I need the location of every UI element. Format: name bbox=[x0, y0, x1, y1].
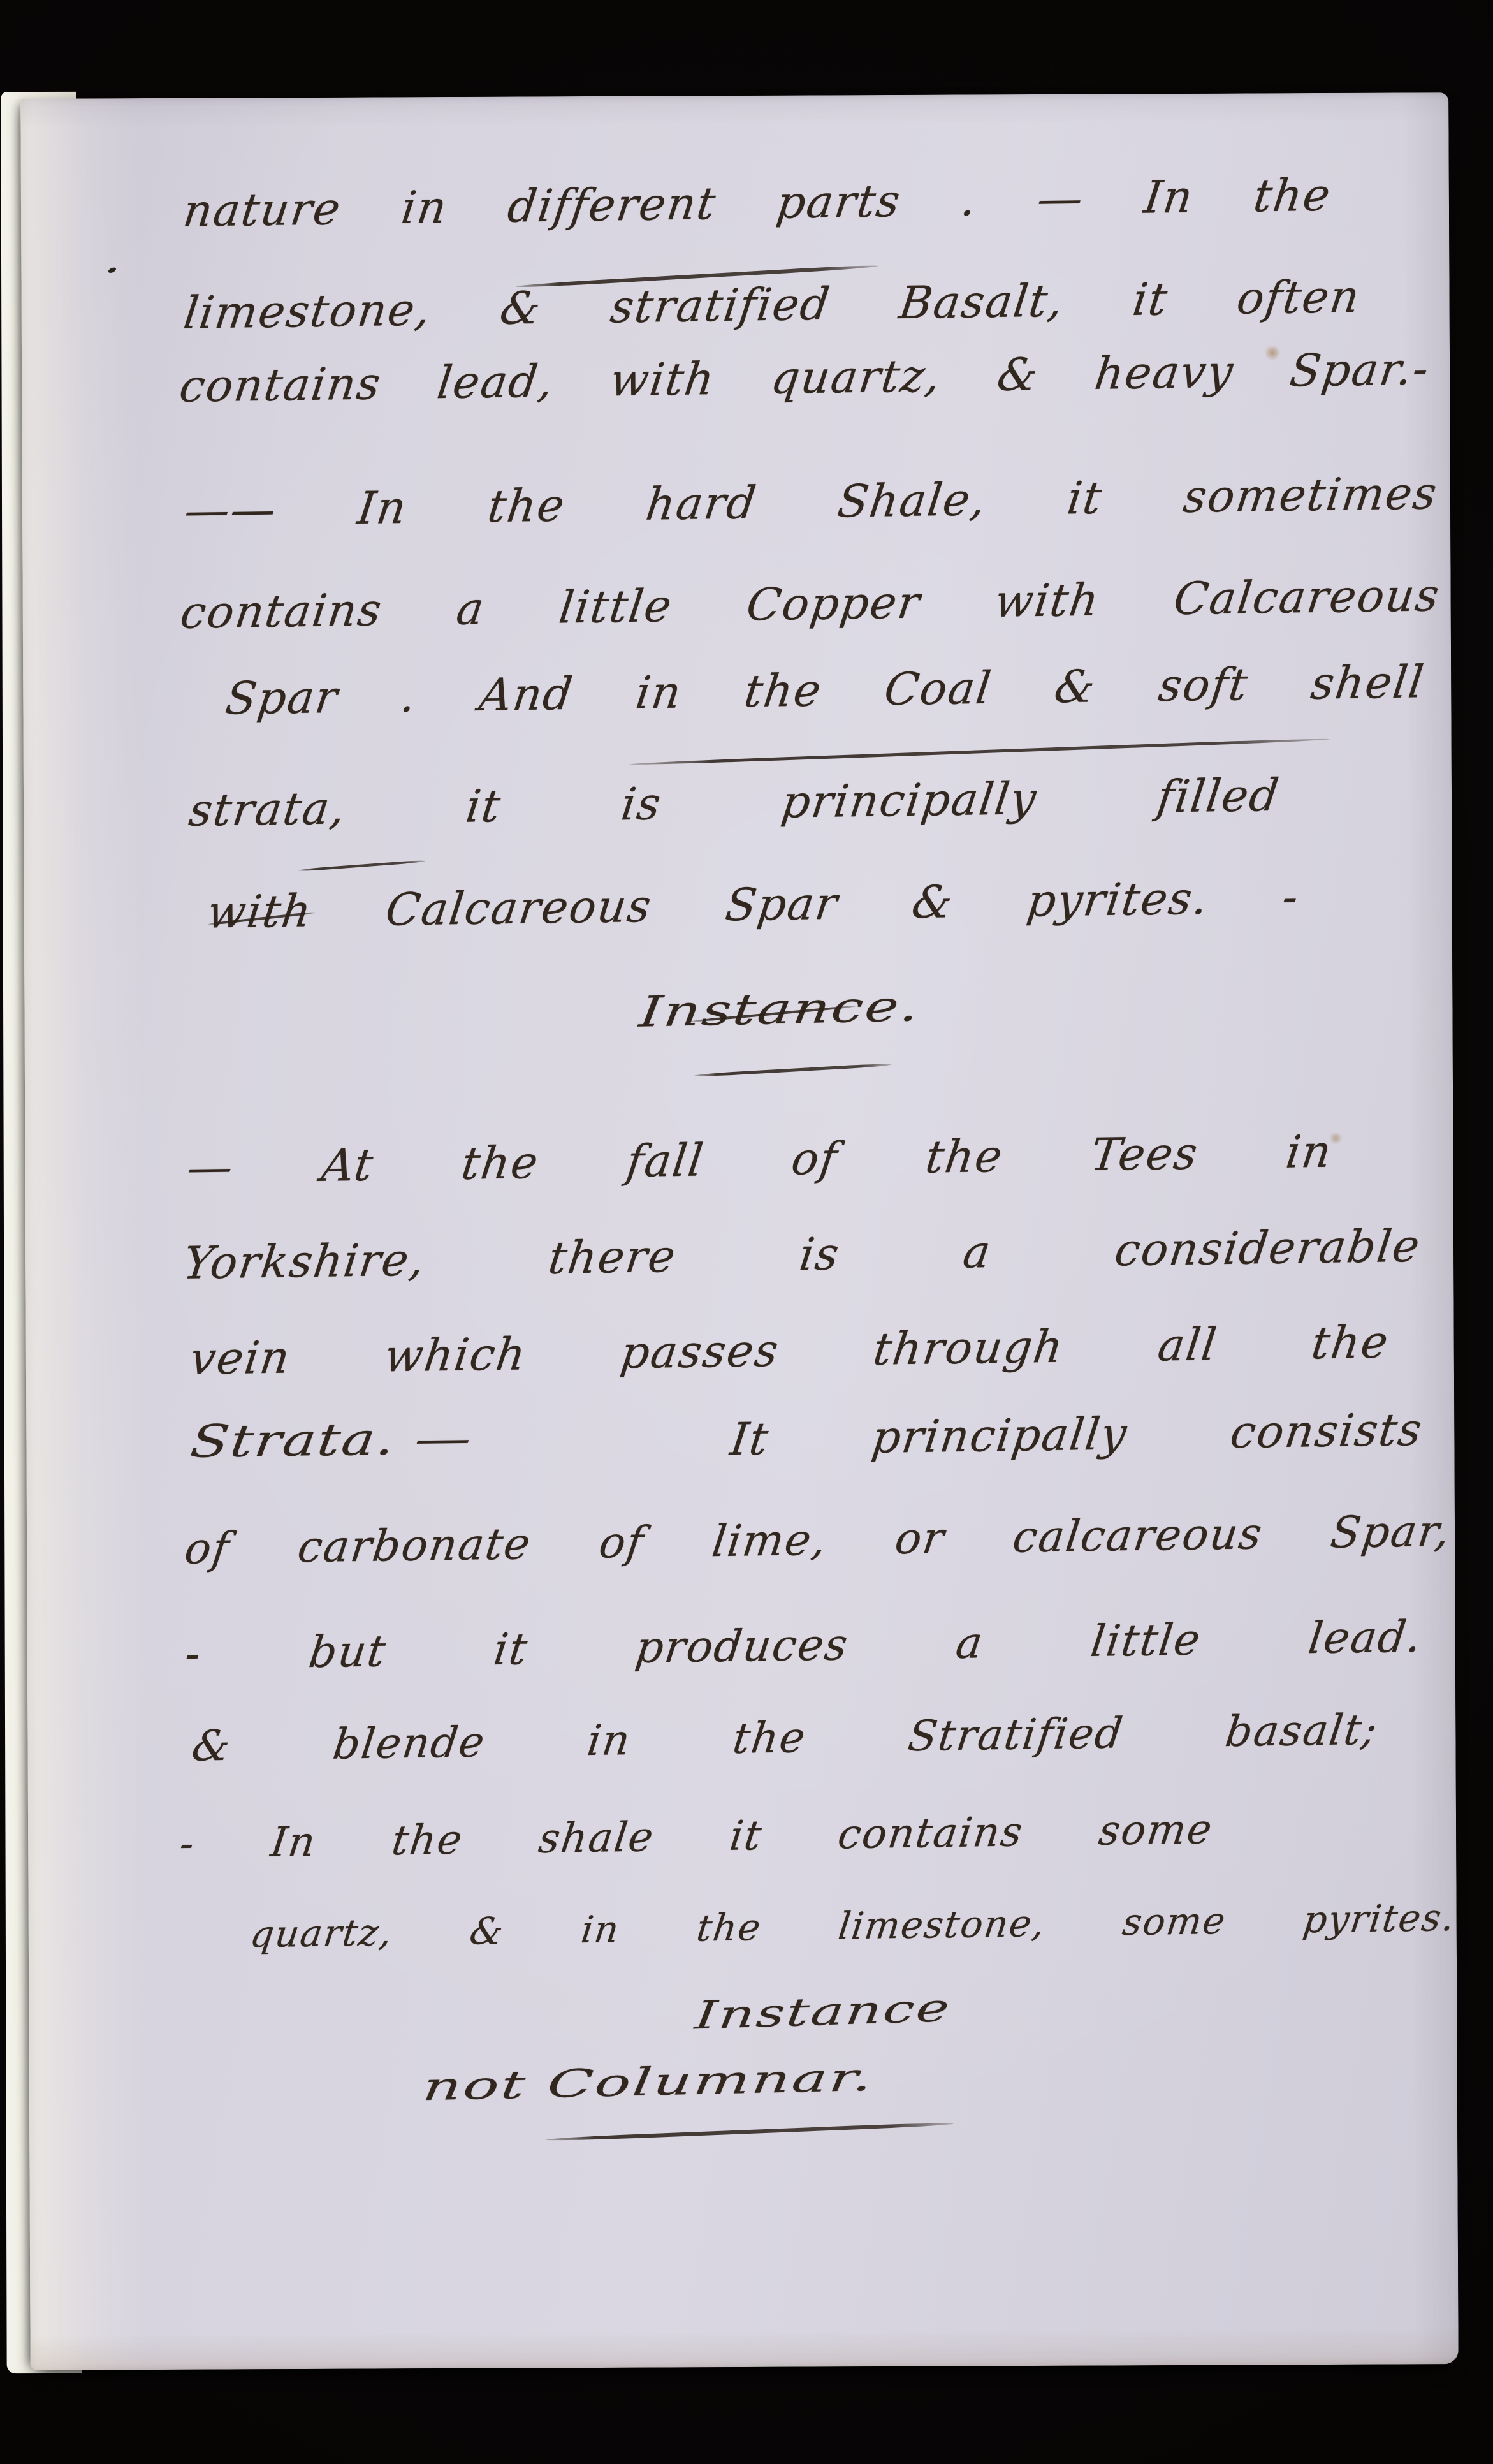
ink-underline-strata bbox=[298, 860, 426, 872]
ink-underline-instance bbox=[694, 1063, 892, 1078]
handwritten-line-06: Spar . And in the Coal & soft shell bbox=[222, 657, 1427, 724]
handwritten-line-07: strata, it is principally filled bbox=[186, 770, 1283, 835]
handwritten-line-19-instance-heading: Instance bbox=[693, 1983, 1086, 2038]
handwritten-line-04: —— In the hard Shale, it sometimes bbox=[182, 468, 1441, 536]
ink-underline-coal-soft-shell bbox=[629, 738, 1330, 766]
handwritten-line-01: nature in different parts . — In the bbox=[180, 170, 1334, 237]
ink-speck bbox=[108, 267, 117, 274]
handwritten-line-09-instance-heading: Instance. bbox=[637, 979, 1073, 1036]
handwritten-line-08: with Calcareous Spar & pyrites. - bbox=[205, 872, 1302, 937]
handwritten-line-18: quartz, & in the limestone, some pyrites… bbox=[248, 1897, 1458, 1955]
handwritten-line-15: - but it produces a little lead. bbox=[182, 1613, 1425, 1679]
handwritten-line-05: contains a little Copper with Calcareous bbox=[178, 570, 1443, 638]
handwritten-line-14: of carbonate of lime, or calcareous Spar… bbox=[182, 1507, 1453, 1574]
handwritten-line-02: limestone, & stratified Basalt, it often bbox=[181, 272, 1364, 338]
handwritten-line-17: - In the shale it contains some bbox=[177, 1807, 1216, 1867]
handwritten-line-11: Yorkshire, there is a considerable bbox=[180, 1221, 1424, 1289]
handwritten-line-16: & blende in the Stratified basalt; bbox=[189, 1706, 1381, 1770]
handwritten-line-10: — At the fall of the Tees in bbox=[185, 1127, 1336, 1193]
ink-underline-not-columnar bbox=[546, 2122, 954, 2141]
photo-background: nature in different parts . — In the lim… bbox=[0, 0, 1493, 2464]
manuscript-paper: nature in different parts . — In the lim… bbox=[20, 92, 1459, 2370]
gutter-shading bbox=[20, 98, 149, 2370]
handwritten-line-12: vein which passes through all the bbox=[187, 1317, 1392, 1384]
handwritten-line-13-strata: Strata. — bbox=[187, 1412, 592, 1467]
handwritten-line-20-not-columnar: not Columnar. bbox=[421, 2053, 1038, 2109]
handwritten-line-13-consists: It principally consists bbox=[727, 1405, 1425, 1465]
handwritten-line-03: contains lead, with quartz, & heavy Spar… bbox=[177, 344, 1432, 411]
